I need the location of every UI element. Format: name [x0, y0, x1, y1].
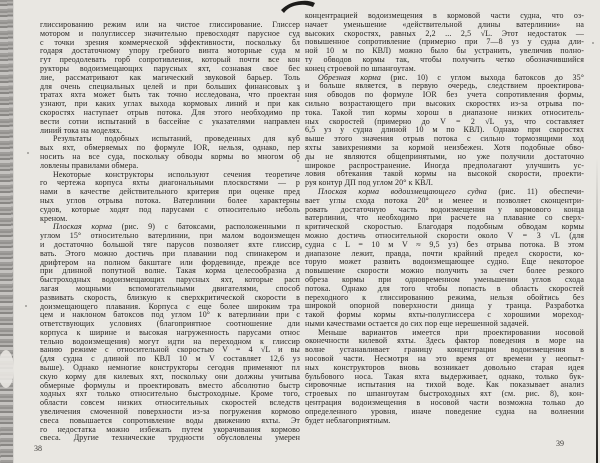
text-line: такой формы кормы яхты-полуглиссера с хо…: [305, 311, 584, 320]
text-line: линий тока на моделях.: [40, 127, 300, 136]
scan-speck: [297, 160, 299, 162]
text-line: развивать скорость, близкую к сверхкрити…: [40, 294, 300, 303]
text-line: широкой опорной поверхности днища у тран…: [305, 302, 584, 311]
scan-speck: [25, 305, 27, 307]
text-line: лагая мощными вспомогательными двигателя…: [40, 285, 300, 294]
text-line: ту обводов кормы так, чтобы получить чет…: [305, 56, 584, 65]
text-line: дрифтером на полном бакштаге или фордеви…: [40, 259, 300, 268]
text-line: ными качествами остается до сих пор еще …: [305, 320, 584, 329]
text-line: сировочные испытания на тихой воде. Как …: [305, 381, 584, 390]
text-line: руя контур ДП под углом 20° к КВЛ.: [305, 179, 584, 188]
text-line: будет неблагоприятным.: [305, 417, 584, 426]
text-line: вает углы схода потока 20° и менее и поз…: [305, 197, 584, 206]
text-line: Плоская корма (рис. 9) с батоксами, расп…: [40, 223, 300, 232]
scanned-book-spread: глиссированию режим или на чистое глисси…: [0, 0, 600, 463]
text-line: свеса повышается сопротивление воды движ…: [40, 417, 300, 426]
text-line: повышение скорости можно получить за сче…: [305, 267, 584, 276]
italic-lead-in: Обрезная корма: [318, 74, 381, 82]
text-line: судна с L = 10 м V ≈ 9,5 уз) без отрыва …: [305, 241, 584, 250]
text-line: (для судна с длиной по КВЛ 10 м V состав…: [40, 355, 300, 364]
text-line: потока. Однако для того чтобы попасть в …: [305, 285, 584, 294]
text-line: 6,5 уз у судна длиной 10 м по КВЛ). Одна…: [305, 126, 584, 135]
text-line: начает уменьшение «действительной длины …: [305, 21, 584, 30]
text-line: ватерлинии, что необходимо при расчете н…: [305, 214, 584, 223]
text-line: повышенное сопротивление (примерно при 7…: [305, 38, 584, 47]
text-line: Результаты подобных испытаний, проведенн…: [40, 135, 300, 144]
text-line: носить на все суда, поскольку обводы кор…: [40, 153, 300, 162]
text-line: критической скоростью. Благодаря подобны…: [305, 223, 584, 232]
text-line: узнают, при каких углах выхода кормовых …: [40, 100, 300, 109]
binding-highlight: [0, 350, 14, 388]
text-line: го чертежа корпуса яхты диагональными пл…: [40, 179, 300, 188]
text-line: и достаточно большой тяге парусов позвол…: [40, 241, 300, 250]
text-line: определенного уровня, иначе поведение су…: [305, 408, 584, 417]
text-line: вести сотни испытаний в бассейне с указа…: [40, 118, 300, 127]
text-line: глиссированию режим или на чистое глисси…: [40, 21, 300, 30]
text-line: быстроходных водоизмещающих парусных яхт…: [40, 276, 300, 285]
text-line: ванию режиме с относительной скоростью V…: [40, 346, 300, 355]
text-line: обреза кормы при одновременном уменьшени…: [305, 276, 584, 285]
text-line: ловлены правилами обмера.: [40, 162, 300, 171]
text-line: корпуса к ширине и высокая нагруженность…: [40, 329, 300, 338]
text-line: высоких скоростях, равных 2,2 ... 2,5 √L…: [305, 30, 584, 39]
text-line: скоростях наступает отрыв потока. Для эт…: [40, 109, 300, 118]
text-line: ной 10 м по КВЛ) можно было бы устранить…: [305, 47, 584, 56]
text-line: нами в качестве действительного критерия…: [40, 188, 300, 197]
text-line: тратах яхта может быть так точно исследо…: [40, 91, 300, 100]
text-line: выше этого значения отрыв потока с сильн…: [305, 135, 584, 144]
text-line: выше). Однако немногие конструкторы сего…: [40, 364, 300, 373]
text-line: гут преодолевать горб сопротивления, кот…: [40, 56, 300, 65]
text-line: углом 15° относительно ватерлинии, при м…: [40, 232, 300, 241]
page-number-right: 39: [556, 440, 564, 448]
text-line: судов, которые ходят под парусами с отно…: [40, 206, 300, 215]
text-line: при длинной попутной волне. Такая корма …: [40, 267, 300, 276]
text-line: ответствующих условиях (благоприятное со…: [40, 320, 300, 329]
text-line: ходных яхт только относительно быстроход…: [40, 390, 300, 399]
text-line: обмерные формулы и проектировать вместо …: [40, 382, 300, 391]
text-line: годаря достаточному упору гребного винта…: [40, 47, 300, 56]
text-line: Обрезная корма (рис. 10) с углом выхода …: [305, 74, 584, 83]
text-line: ловия обтекания такой кормы на высокой с…: [305, 170, 584, 179]
text-line: ных конструкторов вновь возникает доволь…: [305, 364, 584, 373]
text-line: Плоская корма водоизмещающего судна (рис…: [305, 188, 584, 197]
text-line: концентрацией водоизмещения в кормовой ч…: [305, 12, 584, 21]
text-line: сильно возрастающего при высоких скорост…: [305, 100, 584, 109]
italic-lead-in: Плоская корма: [53, 223, 112, 231]
text-line: увеличения смоченной поверхности из-за п…: [40, 408, 300, 417]
page-number-left: 38: [34, 445, 42, 453]
text-line: мотором и полуглиссер значительно превос…: [40, 30, 300, 39]
text-line: Меньше вариантов имеется при проектирова…: [305, 329, 584, 338]
text-line: области совсем низких относительных скор…: [40, 399, 300, 408]
text-line: диапазоне лежит, правда, почти крайний п…: [305, 250, 584, 259]
text-line: конец строевой по шпангоутам.: [305, 65, 584, 74]
text-line: волне устанавливает границу концентрации…: [305, 346, 584, 355]
text-line: с точки зрения коммерческой эффективност…: [40, 39, 300, 48]
text-line: ния обводов по формуле IOR без учета соп…: [305, 91, 584, 100]
text-line: Некоторые конструкторы используют сечени…: [40, 171, 300, 180]
text-line: вых яхт, обмеряемых по формуле IOR, нель…: [40, 144, 300, 153]
binding-edge: [0, 0, 14, 463]
text-line: бульбового носа. Такая яхта выдерживает,…: [305, 373, 584, 382]
text-line: для очень специальных целей и при больши…: [40, 83, 300, 92]
text-line: свеса. Другие технические трудности обус…: [40, 434, 300, 443]
text-line: и больше является, в первую очередь, сле…: [305, 82, 584, 91]
text-line: переходного к глиссированию режима, нель…: [305, 294, 584, 303]
text-line: вать. Этого можно достичь при плавании п…: [40, 250, 300, 259]
text-line: креном.: [40, 215, 300, 224]
text-line: тельно водоизмещения) могут идти на пере…: [40, 338, 300, 347]
text-line: лие, рассматривают как магический звуков…: [40, 74, 300, 83]
right-page-text-column: концентрацией водоизмещения в кормовой ч…: [305, 12, 584, 430]
text-line: оконечности килевой яхты. Здесь фактор п…: [305, 337, 584, 346]
scan-speck: [300, 246, 302, 249]
text-line: можно достичь относительной скорости око…: [305, 232, 584, 241]
text-line: строевых по шпангоутам быстроходных яхт …: [305, 390, 584, 399]
text-line: рукторы водоизмещающих парусных яхт, соз…: [40, 65, 300, 74]
text-line: широкое распространение. Иногда предпола…: [305, 162, 584, 171]
page-edge-shadow: [596, 158, 598, 463]
text-line: носовой части. Несмотря на это время от …: [305, 355, 584, 364]
text-line: тока. Такой тип кормы хорош в диапазоне …: [305, 109, 584, 118]
italic-lead-in: Плоская корма водоизмещающего судна: [318, 188, 487, 196]
text-line: цем и наклоном батоксов под углом 10° к …: [40, 311, 300, 320]
text-line: ных скоростей (примерно до V = 2 √L̅ уз,…: [305, 118, 584, 127]
text-line: доизмещающего плавания. Корпуса с еще бо…: [40, 303, 300, 312]
scan-speck: [27, 152, 29, 154]
left-page-text-column: глиссированию режим или на чистое глисси…: [40, 21, 300, 447]
text-line: ных углов отрыва потока. Ватерлинии боле…: [40, 197, 300, 206]
text-line: скую корму для килевых яхт, поскольку он…: [40, 373, 300, 382]
scan-speck: [298, 88, 300, 91]
text-line: ровать достаточную часть водоизмещения у…: [305, 206, 584, 215]
text-line: торую может развить водоизмещающее судно…: [305, 258, 584, 267]
text-line: ды не являются общепринятыми, но уже пол…: [305, 153, 584, 162]
scan-speck: [592, 42, 594, 44]
text-line: го недостатка можно избежать путем укора…: [40, 426, 300, 435]
text-line: яхты завихрениями за кормой неизбежен. Х…: [305, 144, 584, 153]
text-line: центрация водоизмещения в носовой части …: [305, 399, 584, 408]
